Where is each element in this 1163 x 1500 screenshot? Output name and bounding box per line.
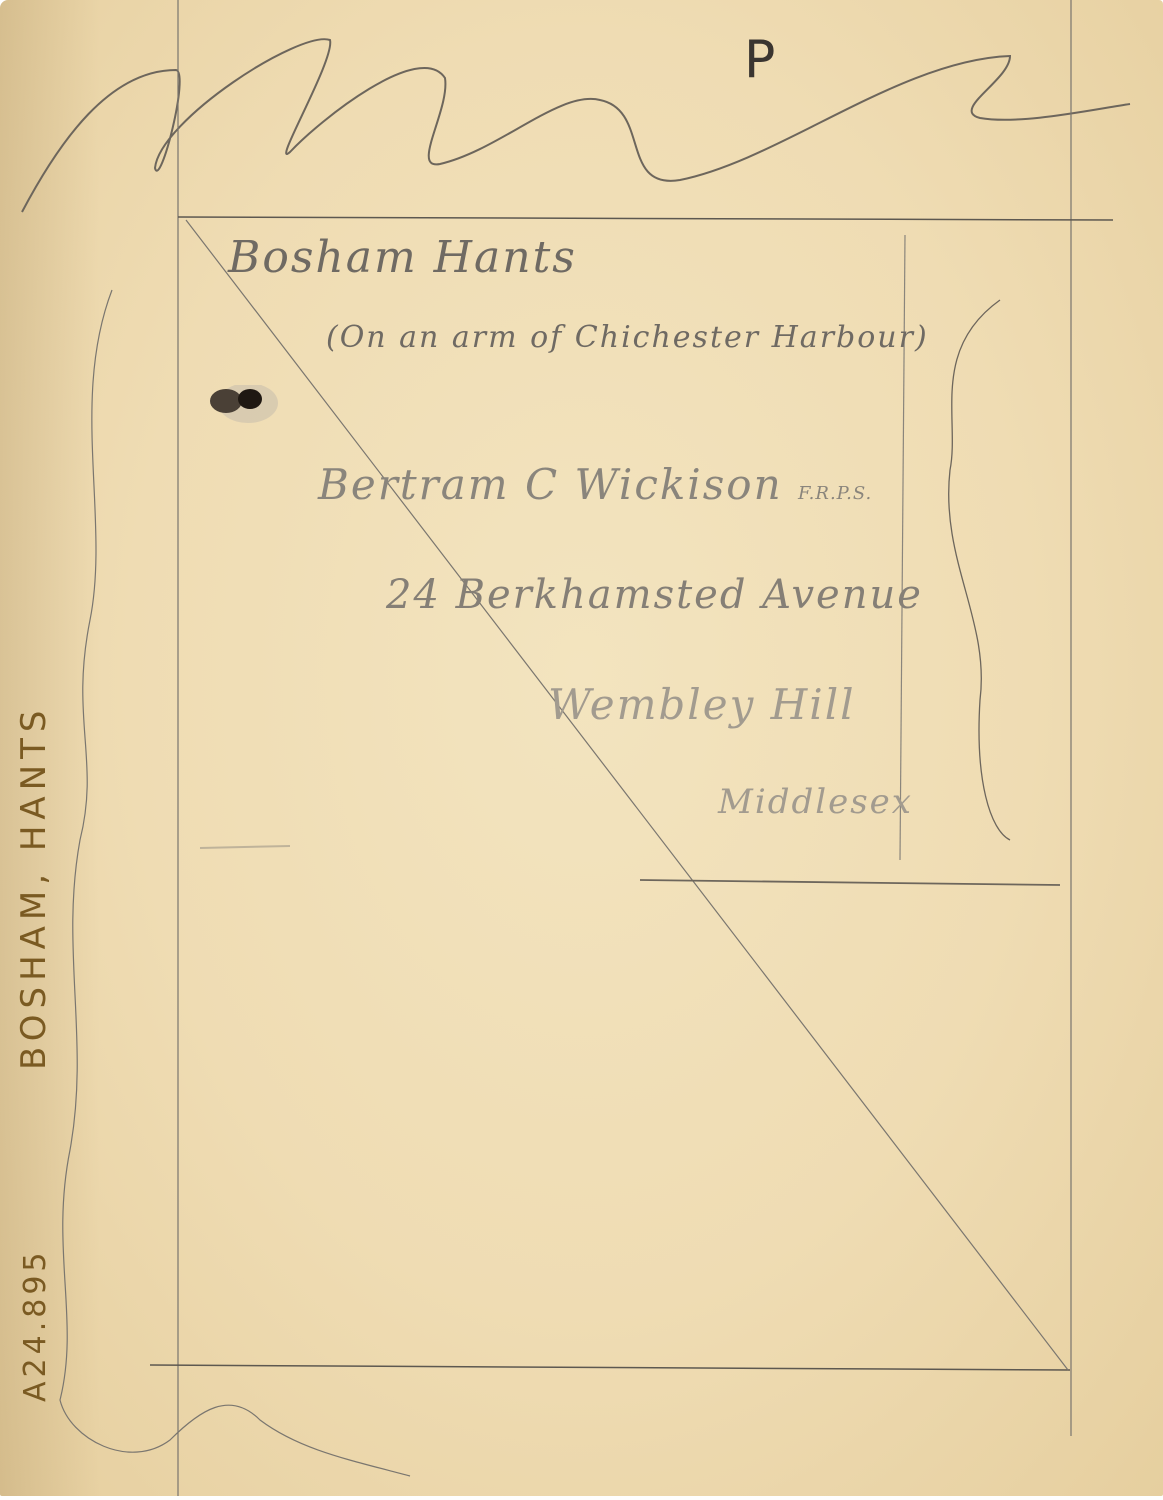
inscription-address-2: Wembley Hill [548,680,856,729]
inscription-place: Bosham Hants [228,232,577,283]
inscription-address-1: 24 Berkhamsted Avenue [386,572,923,618]
inscription-place-note: (On an arm of Chichester Harbour) [326,320,929,355]
pencil-crop-marks [0,0,1163,1496]
document-sheet: P Bosham Hants (On an arm of Chichester … [0,0,1163,1496]
proof-mark: P [744,30,775,90]
scribble-line [22,39,1130,212]
inscription-photographer: Bertram C Wickison F.R.P.S. [318,460,872,509]
ink-stain [200,385,280,430]
photographer-name: Bertram C Wickison [318,460,783,509]
catalog-number: A24.895 [18,1249,53,1403]
inscription-address-3: Middlesex [718,782,913,822]
photographer-honour: F.R.P.S. [798,483,872,504]
location-stamp: BOSHAM, HANTS [14,705,54,1070]
